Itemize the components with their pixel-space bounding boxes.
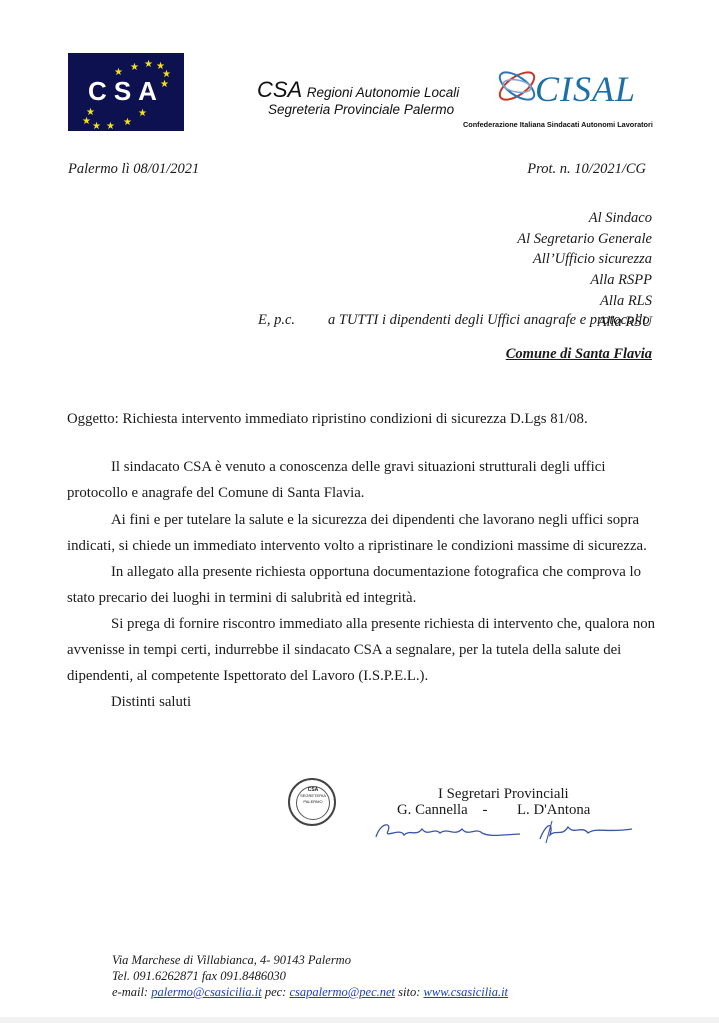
recipient: Alla RLS [517, 291, 652, 312]
email-label: e-mail: [112, 985, 148, 999]
cisal-logo-text: CISAL [535, 68, 636, 110]
pec-link[interactable]: csapalermo@pec.net [289, 985, 395, 999]
header-title-rest: Regioni Autonomie Locali [307, 85, 460, 100]
epc-recipient: a TUTTI i dipendenti degli Uffici anagra… [328, 312, 650, 329]
union-stamp: CSA SEGRETERIAPALERMO [288, 778, 336, 826]
svg-text:★: ★ [123, 117, 132, 128]
csa-logo: ★★ ★★ ★★ ★★ ★★ ★★ CSA [68, 53, 184, 131]
body-line: Il sindacato CSA è venuto a conoscenza d… [111, 459, 605, 476]
pec-label: pec: [265, 985, 287, 999]
body-line: indicati, si chiede un immediato interve… [67, 538, 647, 555]
body-line: stato precario dei luoghi in termini di … [67, 590, 416, 607]
email-link[interactable]: palermo@csasicilia.it [151, 985, 261, 999]
epc-label: E, p.c. [258, 312, 295, 329]
svg-text:★: ★ [82, 116, 91, 127]
body-line: dipendenti, al competente Ispettorato de… [67, 668, 428, 685]
footer-address: Via Marchese di Villabianca, 4- 90143 Pa… [112, 952, 508, 968]
header-title: CSA Regioni Autonomie Locali [257, 77, 459, 103]
recipient: Al Segretario Generale [517, 229, 652, 250]
letter-date: Palermo lì 08/01/2021 [68, 161, 199, 178]
recipient: All’Ufficio sicurezza [517, 249, 652, 270]
body-line: protocollo e anagrafe del Comune di Sant… [67, 485, 365, 502]
footer-phone: Tel. 091.6262871 fax 091.8486030 [112, 968, 508, 984]
stamp-inner: CSA SEGRETERIAPALERMO [296, 786, 330, 820]
footer-contacts: e-mail: palermo@csasicilia.it pec: csapa… [112, 984, 508, 1000]
svg-text:★: ★ [130, 62, 139, 73]
cisal-caption: Confederazione Italiana Sindacati Autono… [463, 120, 653, 129]
site-label: sito: [398, 985, 420, 999]
footer: Via Marchese di Villabianca, 4- 90143 Pa… [112, 952, 508, 1000]
body-line: Distinti saluti [111, 694, 191, 711]
body-line: Si prega di fornire riscontro immediato … [111, 616, 655, 633]
letter-subject: Oggetto: Richiesta intervento immediato … [67, 411, 588, 428]
handwritten-signatures [370, 815, 640, 845]
protocol-number: Prot. n. 10/2021/CG [527, 161, 646, 178]
csa-logo-text: CSA [68, 76, 184, 107]
body-line: Ai fini e per tutelare la salute e la si… [111, 512, 639, 529]
bottom-bar [0, 1017, 719, 1023]
organization-name: Comune di Santa Flavia [506, 346, 652, 363]
svg-text:★: ★ [144, 59, 153, 70]
svg-text:★: ★ [106, 121, 115, 131]
svg-text:★: ★ [138, 108, 147, 119]
header-subtitle: Segreteria Provinciale Palermo [268, 102, 454, 117]
svg-text:★: ★ [92, 121, 101, 131]
website-link[interactable]: www.csasicilia.it [424, 985, 509, 999]
body-line: avvenisse in tempi certi, indurrebbe il … [67, 642, 621, 659]
body-line: In allegato alla presente richiesta oppo… [111, 564, 641, 581]
signature-title: I Segretari Provinciali [438, 786, 569, 803]
recipient: Alla RSPP [517, 270, 652, 291]
header-title-main: CSA [257, 77, 302, 102]
recipient: Al Sindaco [517, 208, 652, 229]
